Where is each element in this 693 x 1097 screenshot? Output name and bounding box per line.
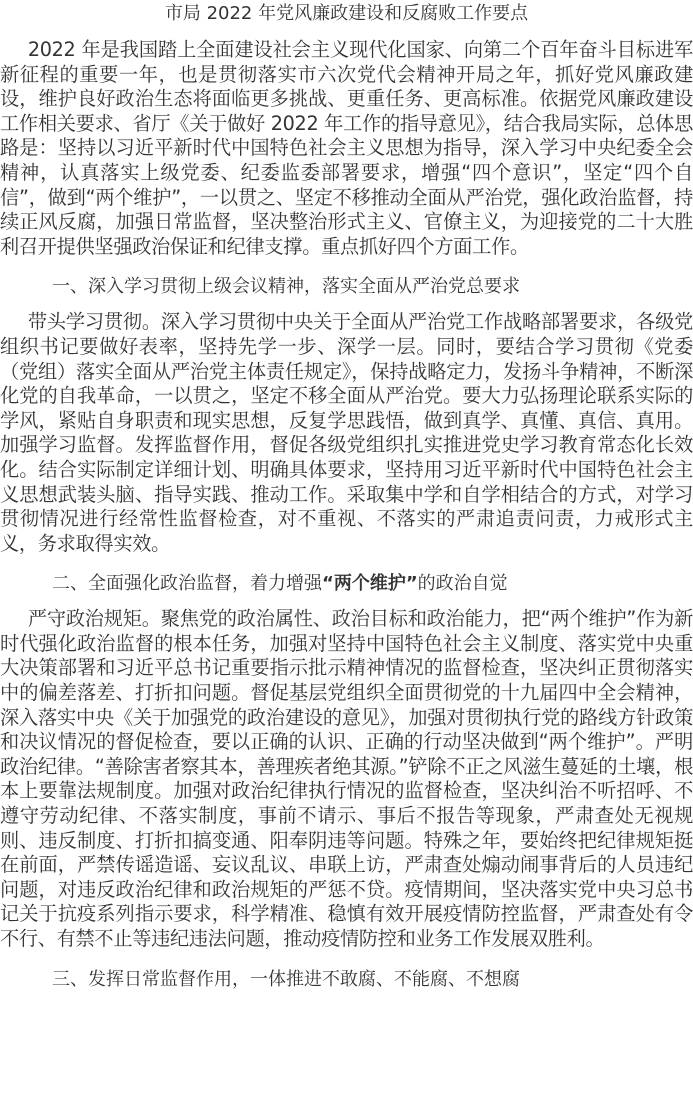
section-heading-2-prefix: 二、全面强化政治监督，着力增强 — [52, 573, 322, 594]
section-1-paragraph: 带头学习贯彻。深入学习贯彻中央关于全面从严治党工作战略部署要求，各级党组织书记要… — [0, 310, 693, 556]
section-heading-2-suffix: 的政治自觉 — [418, 573, 508, 594]
document: 市局 2022 年党风廉政建设和反腐败工作要点 2022 年是我国踏上全面建设社… — [0, 2, 693, 992]
section-2-paragraph: 严守政治规矩。聚焦党的政治属性、政治目标和政治能力，把“两个维护”作为新时代强化… — [0, 607, 693, 951]
section-heading-3: 三、发挥日常监督作用，一体推进不敢腐、不能腐、不想腐 — [0, 968, 693, 992]
intro-paragraph: 2022 年是我国踏上全面建设社会主义现代化国家、向第二个百年奋斗目标进军新征程… — [0, 38, 693, 259]
section-heading-2-emphasis: “两个维护” — [322, 573, 418, 594]
section-heading-1: 一、深入学习贯彻上级会议精神，落实全面从严治党总要求 — [0, 275, 693, 299]
document-title: 市局 2022 年党风廉政建设和反腐败工作要点 — [0, 2, 693, 26]
section-heading-2: 二、全面强化政治监督，着力增强“两个维护”的政治自觉 — [0, 572, 693, 596]
